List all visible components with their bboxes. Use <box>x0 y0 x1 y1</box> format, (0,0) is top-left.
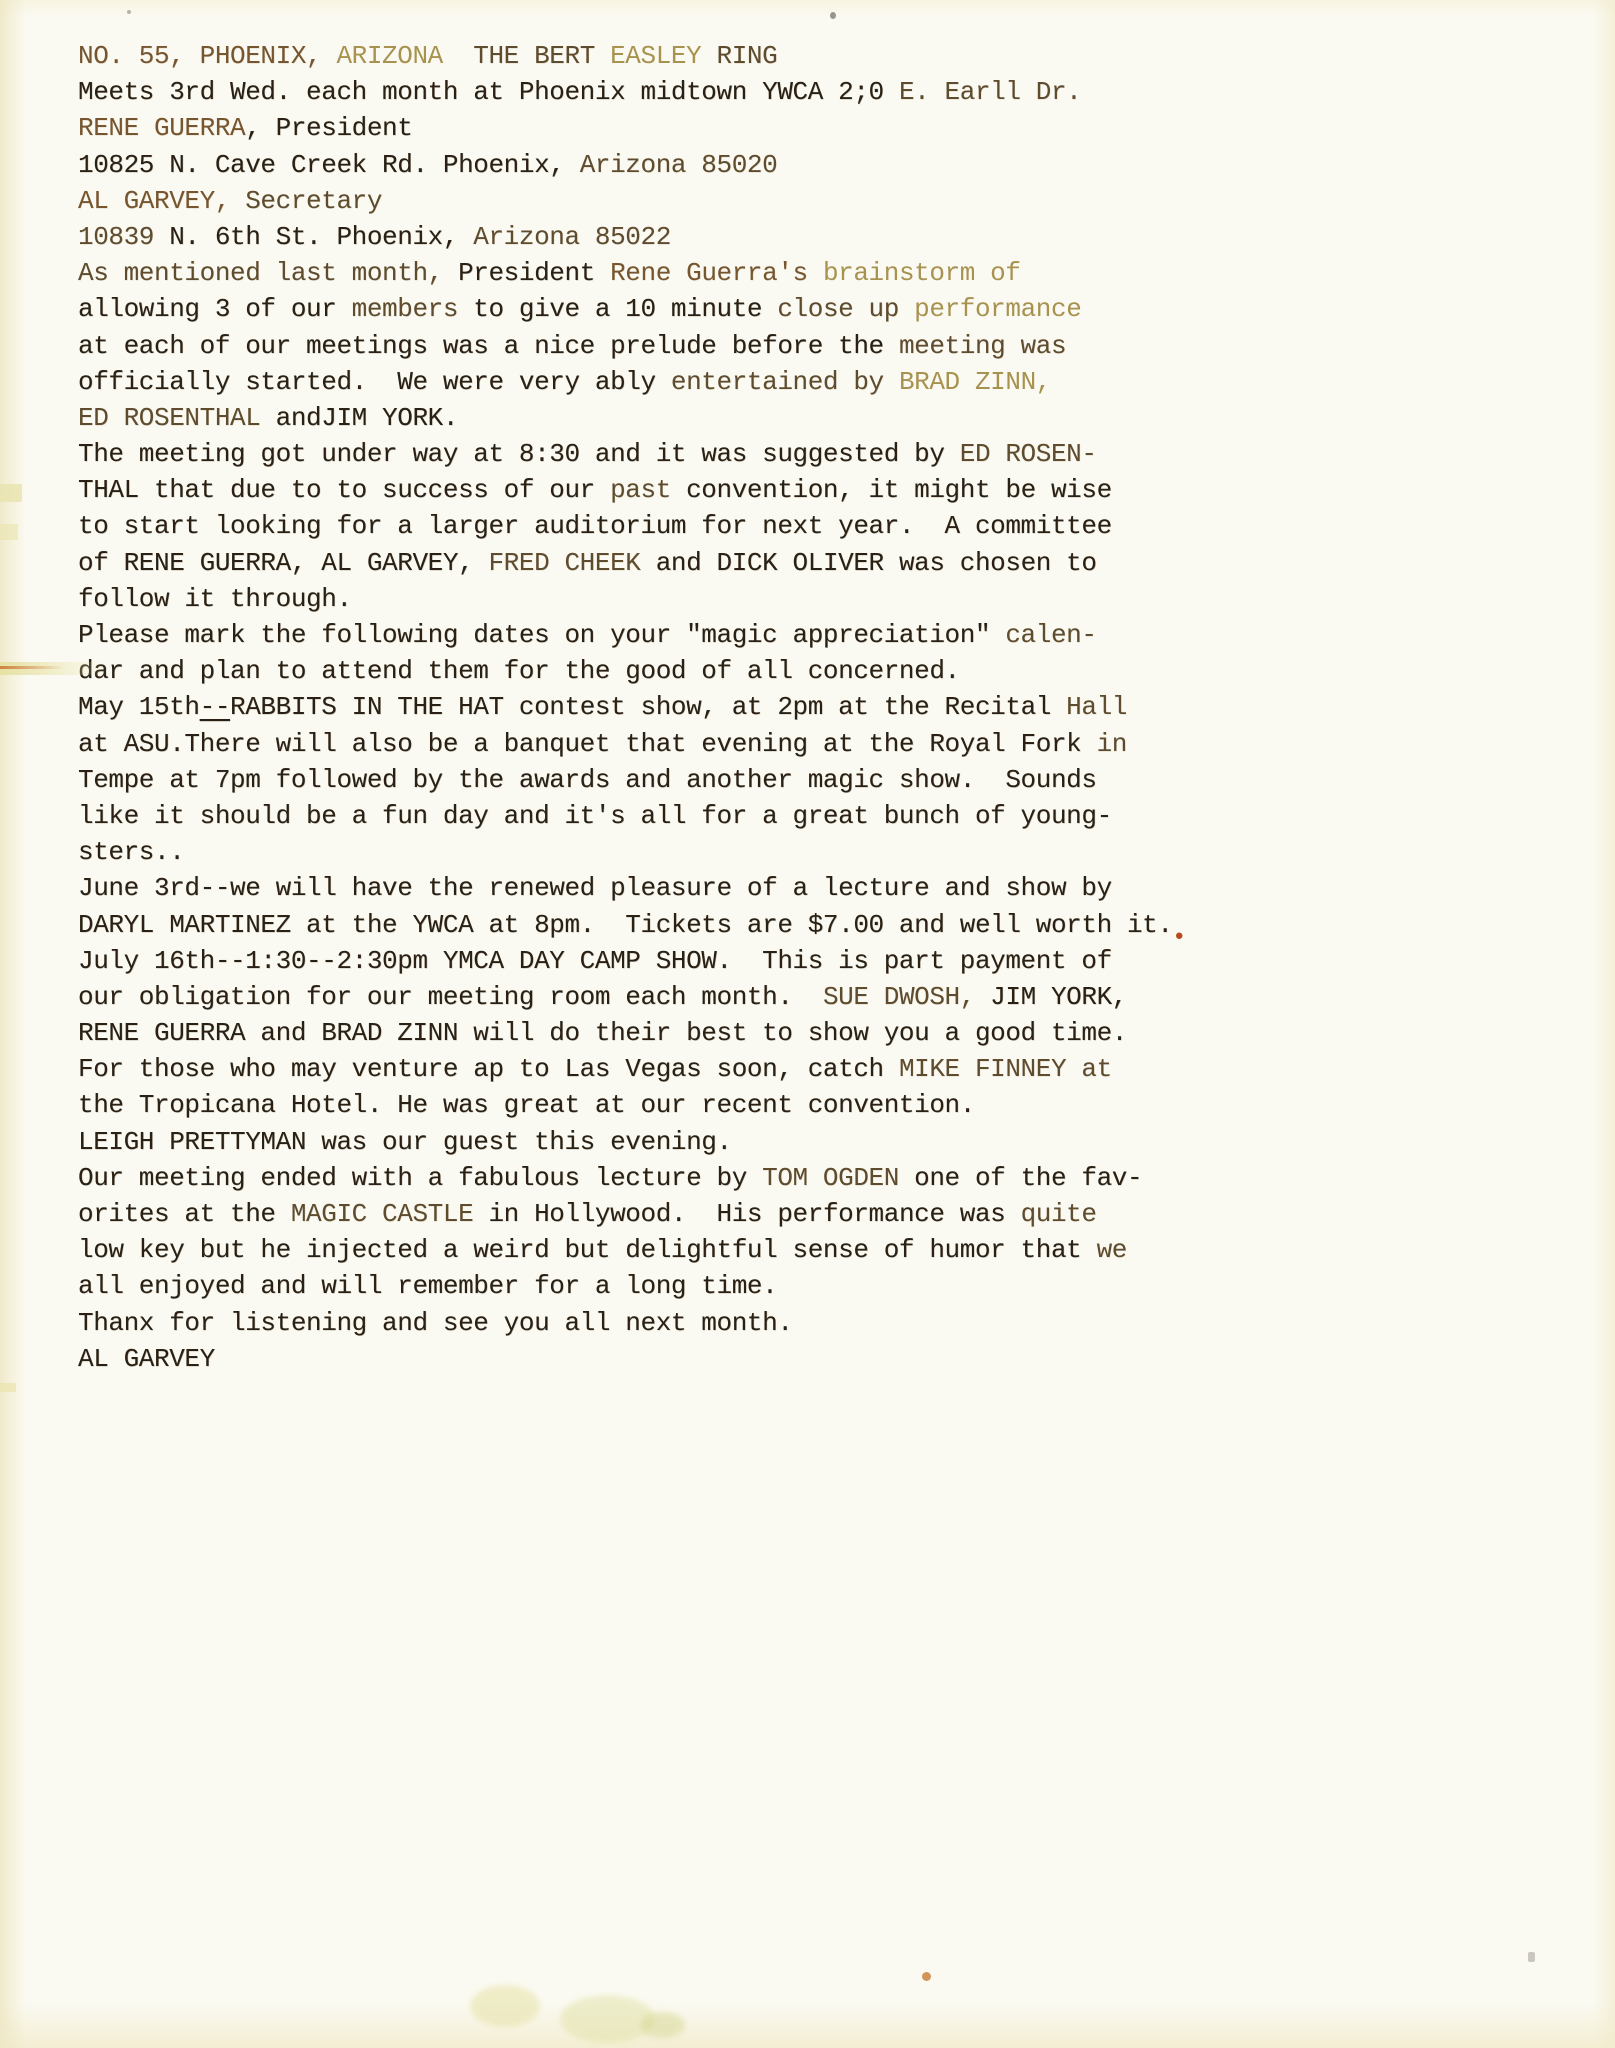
text-line: Please mark the following dates on your … <box>78 617 1585 653</box>
text-segment: May 15th <box>78 692 200 722</box>
text-segment: N. 6th St. Phoenix, <box>169 222 473 252</box>
text-segment: Thanx for listening and see you all next… <box>78 1308 793 1338</box>
text-segment: RABBITS IN THE HAT contest show, at 2pm … <box>230 692 1066 722</box>
text-line: NO. 55, PHOENIX, ARIZONA THE BERT EASLEY… <box>78 38 1585 74</box>
left-edge-paper-tab <box>0 524 18 540</box>
text-line: follow it through. <box>78 581 1585 617</box>
text-segment: DARYL MARTINEZ at the YWCA at 8pm. Ticke… <box>78 910 1173 940</box>
text-line: at each of our meetings was a nice prelu… <box>78 328 1585 364</box>
text-segment: the Tropicana Hotel. He was great at our… <box>78 1090 975 1120</box>
text-line: to start looking for a larger auditorium… <box>78 508 1585 544</box>
text-segment: President <box>458 258 610 288</box>
text-segment: convention, it might be wise <box>686 475 1112 505</box>
text-segment: sters.. <box>78 837 184 867</box>
text-segment: close up <box>777 294 914 324</box>
text-segment: performance <box>914 294 1081 324</box>
text-line: Meets 3rd Wed. each month at Phoenix mid… <box>78 74 1585 110</box>
text-segment: at ASU.There will also be a banquet that… <box>78 729 1097 759</box>
paper-speck <box>127 10 131 14</box>
text-segment: RENE GUERRA and BRAD ZINN will do their … <box>78 1018 1127 1048</box>
text-line: RENE GUERRA and BRAD ZINN will do their … <box>78 1015 1585 1051</box>
text-segment: June 3rd--we will have the renewed pleas… <box>78 873 1112 903</box>
text-line: our obligation for our meeting room each… <box>78 979 1585 1015</box>
text-segment: and DICK OLIVER was chosen to <box>656 548 1097 578</box>
text-segment: allowing 3 of our <box>78 294 352 324</box>
text-segment: The meeting got under way at 8:30 and it… <box>78 439 960 469</box>
text-line: Our meeting ended with a fabulous lectur… <box>78 1160 1585 1196</box>
text-segment: FRED CHEEK <box>488 548 655 578</box>
text-line: all enjoyed and will remember for a long… <box>78 1268 1585 1304</box>
text-segment: all enjoyed and will remember for a long… <box>78 1271 777 1301</box>
text-segment: As mentioned last month, <box>78 258 458 288</box>
text-line: July 16th--1:30--2:30pm YMCA DAY CAMP SH… <box>78 943 1585 979</box>
text-segment: LEIGH PRETTYMAN was our guest this eveni… <box>78 1127 732 1157</box>
text-line: of RENE GUERRA, AL GARVEY, FRED CHEEK an… <box>78 545 1585 581</box>
text-segment: NO. 55, <box>78 41 200 71</box>
text-segment: Arizona 85020 <box>580 150 778 180</box>
text-line: the Tropicana Hotel. He was great at our… <box>78 1087 1585 1123</box>
text-line: sters.. <box>78 834 1585 870</box>
text-line: DARYL MARTINEZ at the YWCA at 8pm. Ticke… <box>78 907 1585 943</box>
text-line: RENE GUERRA, President <box>78 110 1585 146</box>
text-segment: PHOENIX, <box>200 41 337 71</box>
text-segment: dar and plan to attend them for the good… <box>78 656 960 686</box>
text-segment: one of the fav- <box>914 1163 1142 1193</box>
text-segment: to start looking for a larger auditorium… <box>78 511 1112 541</box>
text-segment: 10839 <box>78 222 169 252</box>
text-segment: quite <box>1021 1199 1097 1229</box>
text-segment: entertained by <box>671 367 899 397</box>
text-line: allowing 3 of our members to give a 10 m… <box>78 291 1585 327</box>
text-line: June 3rd--we will have the renewed pleas… <box>78 870 1585 906</box>
paper-smudge <box>470 1985 540 2027</box>
text-segment: BRAD ZINN, <box>899 367 1051 397</box>
text-segment: AL GARVEY <box>78 1344 215 1374</box>
text-segment: MAGIC CASTLE <box>291 1199 489 1229</box>
text-segment: Tempe at 7pm followed by the awards and … <box>78 765 1097 795</box>
document-text: NO. 55, PHOENIX, ARIZONA THE BERT EASLEY… <box>78 38 1585 1377</box>
text-line: The meeting got under way at 8:30 and it… <box>78 436 1585 472</box>
text-line: like it should be a fun day and it's all… <box>78 798 1585 834</box>
text-segment: calen- <box>1005 620 1096 650</box>
text-segment: RENE GUERRA <box>78 113 245 143</box>
text-segment: in Hollywood. His performance was <box>488 1199 1020 1229</box>
text-line: THAL that due to to success of our past … <box>78 472 1585 508</box>
text-segment: like it should be a fun day and it's all… <box>78 801 1112 831</box>
text-line: officially started. We were very ably en… <box>78 364 1585 400</box>
text-segment: we <box>1097 1235 1127 1265</box>
text-segment: ED ROSEN- <box>960 439 1097 469</box>
text-segment: E. Earll Dr. <box>899 77 1081 107</box>
text-segment: andJIM YORK. <box>276 403 458 433</box>
text-segment: Arizona 85022 <box>473 222 671 252</box>
text-segment: ED ROSENTHAL <box>78 403 276 433</box>
paper-speck <box>1528 1952 1535 1962</box>
text-segment: orites at the <box>78 1199 291 1229</box>
text-segment: ● <box>1175 928 1184 945</box>
text-segment: MIKE FINNEY at <box>899 1054 1112 1084</box>
text-segment: AL GARVEY, <box>78 186 245 216</box>
text-segment: Hall <box>1066 692 1127 722</box>
text-line: 10825 N. Cave Creek Rd. Phoenix, Arizona… <box>78 147 1585 183</box>
text-segment: of RENE GUERRA, AL GARVEY, <box>78 548 488 578</box>
left-edge-paper-tab <box>0 1383 16 1392</box>
text-segment: THAL that due to to success of our <box>78 475 610 505</box>
text-segment: to give a 10 minute <box>473 294 777 324</box>
text-segment: JIM YORK, <box>990 982 1127 1012</box>
text-segment: THE BERT <box>473 41 610 71</box>
text-line: 10839 N. 6th St. Phoenix, Arizona 85022 <box>78 219 1585 255</box>
text-segment: at each of our meetings was a nice prelu… <box>78 331 899 361</box>
text-segment: July 16th--1:30--2:30pm YMCA DAY CAMP SH… <box>78 946 1112 976</box>
text-segment: past <box>610 475 686 505</box>
text-segment: Meets 3rd Wed. each month at Phoenix mid… <box>78 77 899 107</box>
text-segment: For those who may venture ap to Las Vega… <box>78 1054 899 1084</box>
text-line: May 15th--RABBITS IN THE HAT contest sho… <box>78 689 1585 725</box>
text-line: AL GARVEY, Secretary <box>78 183 1585 219</box>
text-line: As mentioned last month, President Rene … <box>78 255 1585 291</box>
text-segment: meeting was <box>899 331 1066 361</box>
text-segment: -- <box>200 692 230 722</box>
text-segment: TOM OGDEN <box>762 1163 914 1193</box>
text-line: LEIGH PRETTYMAN was our guest this eveni… <box>78 1124 1585 1160</box>
left-edge-paper-tab <box>0 484 22 502</box>
text-segment: in <box>1097 729 1127 759</box>
text-line: Tempe at 7pm followed by the awards and … <box>78 762 1585 798</box>
text-segment: low key but he injected a weird but deli… <box>78 1235 1097 1265</box>
text-line: ED ROSENTHAL andJIM YORK. <box>78 400 1585 436</box>
text-segment: officially started. We were very ably <box>78 367 671 397</box>
text-line: For those who may venture ap to Las Vega… <box>78 1051 1585 1087</box>
text-line: orites at the MAGIC CASTLE in Hollywood.… <box>78 1196 1585 1232</box>
text-segment: RING <box>717 41 778 71</box>
text-segment: Our meeting ended with a fabulous lectur… <box>78 1163 762 1193</box>
text-segment: Please mark the following dates on your … <box>78 620 1005 650</box>
text-segment: follow it through. <box>78 584 352 614</box>
text-segment: our obligation for our meeting room each… <box>78 982 823 1012</box>
text-segment: brainstorm of <box>823 258 1021 288</box>
text-line: AL GARVEY <box>78 1341 1585 1377</box>
paper-speck <box>830 12 836 19</box>
text-segment: Secretary <box>245 186 382 216</box>
text-segment: members <box>352 294 474 324</box>
text-segment: , President <box>245 113 412 143</box>
text-line: dar and plan to attend them for the good… <box>78 653 1585 689</box>
paper-speck <box>922 1972 931 1981</box>
text-segment: SUE DWOSH, <box>823 982 990 1012</box>
paper-smudge <box>640 2012 685 2038</box>
text-segment: EASLEY <box>610 41 716 71</box>
text-segment: 10825 N. Cave Creek Rd. Phoenix, <box>78 150 580 180</box>
text-line: low key but he injected a weird but deli… <box>78 1232 1585 1268</box>
text-line: at ASU.There will also be a banquet that… <box>78 726 1585 762</box>
scanned-newsletter-page: NO. 55, PHOENIX, ARIZONA THE BERT EASLEY… <box>0 0 1615 2048</box>
text-segment: ARIZONA <box>336 41 473 71</box>
left-edge-ink-streak <box>0 662 112 675</box>
text-segment: Rene Guerra's <box>610 258 823 288</box>
text-line: Thanx for listening and see you all next… <box>78 1305 1585 1341</box>
